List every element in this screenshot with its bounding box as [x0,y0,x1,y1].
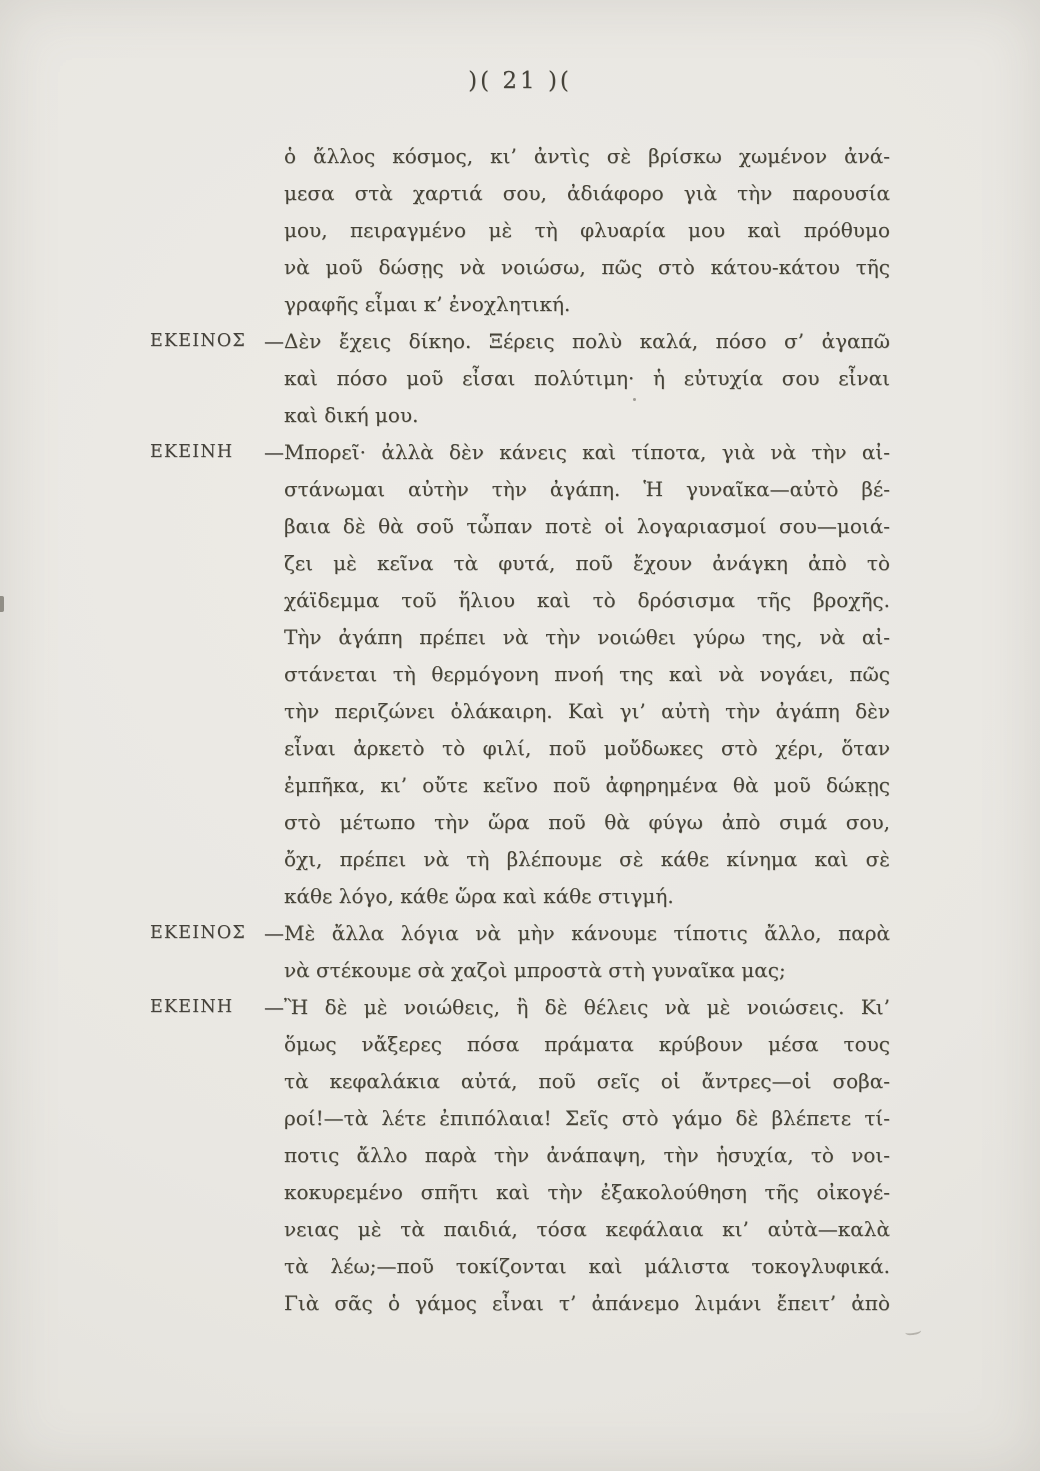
dialogue-entry: ΕΚΕΙΝΗ—Ἢ δὲ μὲ νοιώθεις, ἢ δὲ θέλεις νὰ … [150,989,890,1322]
dialogue-line: Μπορεῖ· ἀλλὰ δὲν κάνεις καὶ τίποτα, γιὰ … [284,434,890,471]
speaker-dash: — [264,323,284,360]
dialogue-entry: ΕΚΕΙΝΟΣ—Δὲν ἔχεις δίκηο. Ξέρεις πολὺ καλ… [150,323,890,434]
dialogue-line: ὅμως νἄξερες πόσα πράματα κρύβουν μέσα τ… [284,1026,890,1063]
speaker-name: ΕΚΕΙΝΗ [150,989,233,1026]
dialogue-line: ὁ ἄλλος κόσμος, κι’ ἀντὶς σὲ βρίσκω χωμέ… [284,138,890,175]
dialogue-entry: ΕΚΕΙΝΗ—Μπορεῖ· ἀλλὰ δὲν κάνεις καὶ τίποτ… [150,434,890,915]
speech-lines: Δὲν ἔχεις δίκηο. Ξέρεις πολὺ καλά, πόσο … [284,323,890,434]
speaker-dash: — [264,434,284,471]
speaker-label: ΕΚΕΙΝΟΣ— [150,915,284,952]
dialogue-line: ροί!—τὰ λέτε ἐπιπόλαια! Σεῖς στὸ γάμο δὲ… [284,1100,890,1137]
dialogue-line: ζει μὲ κεῖνα τὰ φυτά, ποῦ ἔχουν ἀνάγκη ἀ… [284,545,890,582]
dialogue-line: Δὲν ἔχεις δίκηο. Ξέρεις πολὺ καλά, πόσο … [284,323,890,360]
dialogue-line: νὰ στέκουμε σὰ χαζοὶ μπροστὰ στὴ γυναῖκα… [284,952,890,989]
speaker-name: ΕΚΕΙΝΗ [150,434,233,471]
speaker-label: ΕΚΕΙΝΗ— [150,434,284,471]
dialogue-line: χάϊδεμμα τοῦ ἥλιου καὶ τὸ δρόσισμα τῆς β… [284,582,890,619]
speaker-name: ΕΚΕΙΝΟΣ [150,323,246,360]
dialogue-entry: ὁ ἄλλος κόσμος, κι’ ἀντὶς σὲ βρίσκω χωμέ… [150,138,890,323]
dialogue-line: Γιὰ σᾶς ὁ γάμος εἶναι τ’ ἀπάνεμο λιμάνι … [284,1285,890,1322]
speech-lines: Μπορεῖ· ἀλλὰ δὲν κάνεις καὶ τίποτα, γιὰ … [284,434,890,915]
dialogue-line: ὄχι, πρέπει νὰ τὴ βλέπουμε σὲ κάθε κίνημ… [284,841,890,878]
dialogue-line: καὶ πόσο μοῦ εἶσαι πολύτιμη· ἡ εὐτυχία σ… [284,360,890,397]
speaker-dash: — [264,989,284,1026]
speech-lines: Ἢ δὲ μὲ νοιώθεις, ἢ δὲ θέλεις νὰ μὲ νοιώ… [284,989,890,1322]
dialogue-line: καὶ δική μου. [284,397,890,434]
dialogue-line: κάθε λόγο, κάθε ὥρα καὶ κάθε στιγμή. [284,878,890,915]
dialogue-line: γραφῆς εἶμαι κ’ ἐνοχλητική. [284,286,890,323]
dialogue-line: ἐμπῆκα, κι’ οὔτε κεῖνο ποῦ ἀφηρημένα θὰ … [284,767,890,804]
dialogue: ὁ ἄλλος κόσμος, κι’ ἀντὶς σὲ βρίσκω χωμέ… [150,138,890,1322]
dialogue-line: μου, πειραγμένο μὲ τὴ φλυαρία μου καὶ πρ… [284,212,890,249]
dialogue-line: μεσα στὰ χαρτιά σου, ἀδιάφορο γιὰ τὴν πα… [284,175,890,212]
dialogue-line: Ἢ δὲ μὲ νοιώθεις, ἢ δὲ θέλεις νὰ μὲ νοιώ… [284,989,890,1026]
dialogue-line: νειας μὲ τὰ παιδιά, τόσα κεφάλαια κι’ αὐ… [284,1211,890,1248]
dialogue-line: τὰ κεφαλάκια αὐτά, ποῦ σεῖς οἱ ἄντρες—οἱ… [284,1063,890,1100]
dialogue-line: τὰ λέω;—ποῦ τοκίζονται καὶ μάλιστα τοκογ… [284,1248,890,1285]
dialogue-line: στὸ μέτωπο τὴν ὥρα ποῦ θὰ φύγω ἀπὸ σιμά … [284,804,890,841]
dialogue-line: βαια δὲ θὰ σοῦ τὦπαν ποτὲ οἱ λογαριασμοί… [284,508,890,545]
speaker-label: ΕΚΕΙΝΗ— [150,989,284,1026]
dialogue-line: νὰ μοῦ δώσῃς νὰ νοιώσω, πῶς στὸ κάτου-κά… [284,249,890,286]
speaker-label: ΕΚΕΙΝΟΣ— [150,323,284,360]
speaker-dash: — [264,915,284,952]
dialogue-line: κοκυρεμένο σπῆτι καὶ τὴν ἐξακολούθηση τῆ… [284,1174,890,1211]
dialogue-line: Τὴν ἀγάπη πρέπει νὰ τὴν νοιώθει γύρω της… [284,619,890,656]
dialogue-line: εἶναι ἀρκετὸ τὸ φιλί, ποῦ μοὔδωκες στὸ χ… [284,730,890,767]
dialogue-line: στάνωμαι αὐτὴν τὴν ἀγάπη. Ἡ γυναῖκα—αὐτὸ… [284,471,890,508]
dialogue-line: Μὲ ἄλλα λόγια νὰ μὴν κάνουμε τίποτις ἄλλ… [284,915,890,952]
dialogue-line: τὴν περιζώνει ὁλάκαιρη. Καὶ γι’ αὐτὴ τὴν… [284,693,890,730]
speaker-name: ΕΚΕΙΝΟΣ [150,915,246,952]
dialogue-line: στάνεται τὴ θερμόγονη πνοή της καὶ νὰ νο… [284,656,890,693]
dialogue-entry: ΕΚΕΙΝΟΣ—Μὲ ἄλλα λόγια νὰ μὴν κάνουμε τίπ… [150,915,890,989]
page-number: )( 21 )( [150,68,890,94]
speech-lines: ὁ ἄλλος κόσμος, κι’ ἀντὶς σὲ βρίσκω χωμέ… [284,138,890,323]
print-artifact [904,1325,921,1336]
speech-lines: Μὲ ἄλλα λόγια νὰ μὴν κάνουμε τίποτις ἄλλ… [284,915,890,989]
print-artifact [0,596,4,612]
dialogue-line: ποτις ἄλλο παρὰ τὴν ἀνάπαψη, τὴν ἡσυχία,… [284,1137,890,1174]
